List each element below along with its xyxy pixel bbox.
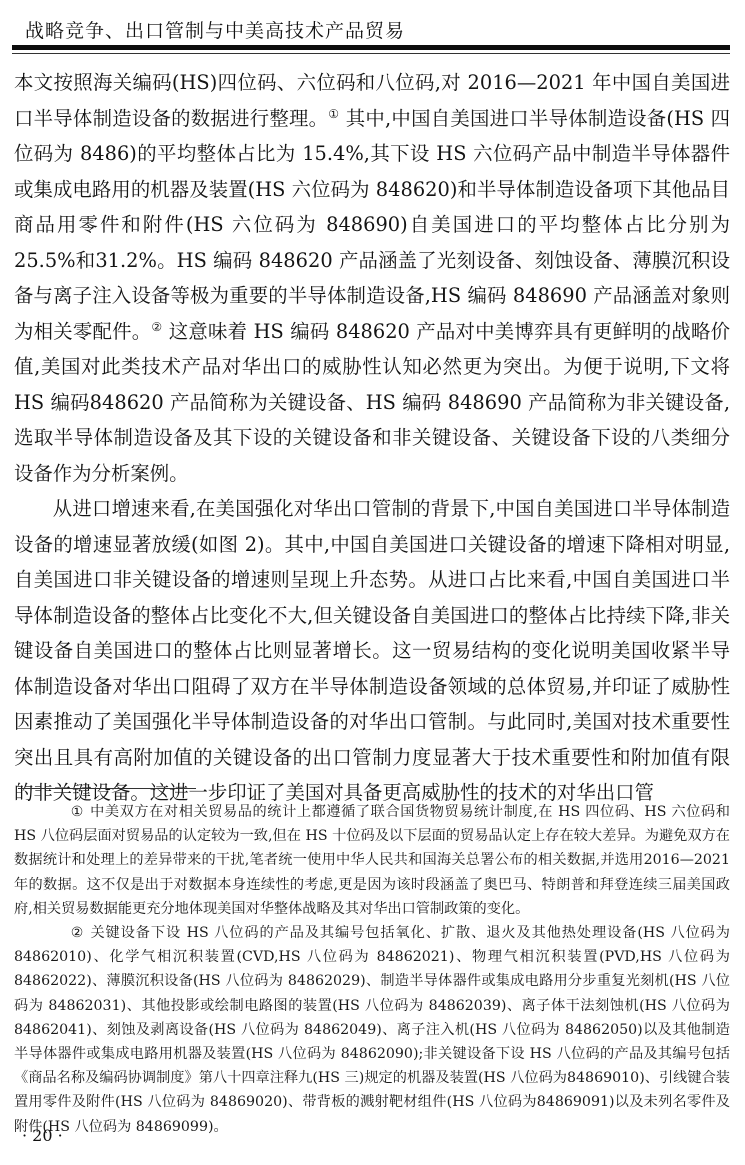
body-paragraph-2: 从进口增速来看,在美国强化对华出口管制的背景下,中国自美国进口半导体制造设备的增… xyxy=(14,491,730,811)
page-number: · 20 · xyxy=(22,1126,63,1145)
footnote-separator xyxy=(18,788,196,789)
footnote-ref-2[interactable]: ② xyxy=(151,320,162,334)
footnote-1-text: 中美双方在对相关贸易品的统计上都遵循了联合国货物贸易统计制度,在 HS 四位码、… xyxy=(14,804,730,917)
footnote-1-mark: ① xyxy=(42,800,83,824)
footnote-1: ①中美双方在对相关贸易品的统计上都遵循了联合国货物贸易统计制度,在 HS 四位码… xyxy=(14,800,730,921)
footnote-2: ②关键设备下设 HS 八位码的产品及其编号包括氧化、扩散、退火及其他热处理设备(… xyxy=(14,921,730,1139)
paragraph-1-segment-3: 这意味着 HS 编码 848620 产品对中美博弈具有更鲜明的战略价值,美国对此… xyxy=(14,320,730,485)
paragraph-1-segment-2: 其中,中国自美国进口半导体制造设备(HS 四位码为 8486)的平均整体占比为 … xyxy=(14,107,730,343)
header-rule-thick xyxy=(12,45,730,50)
header-rule-thin xyxy=(12,53,730,54)
running-header-title: 战略竞争、出口管制与中美高技术产品贸易 xyxy=(25,16,405,43)
footnote-2-mark: ② xyxy=(42,921,83,945)
body-text: 本文按照海关编码(HS)四位码、六位码和八位码,对 2016—2021 年中国自… xyxy=(14,65,730,811)
footnote-ref-1[interactable]: ① xyxy=(328,107,339,121)
body-paragraph-1: 本文按照海关编码(HS)四位码、六位码和八位码,对 2016—2021 年中国自… xyxy=(14,65,730,491)
footnote-2-text: 关键设备下设 HS 八位码的产品及其编号包括氧化、扩散、退火及其他热处理设备(H… xyxy=(14,925,730,1135)
footnotes: ①中美双方在对相关贸易品的统计上都遵循了联合国货物贸易统计制度,在 HS 四位码… xyxy=(14,800,730,1139)
document-page: 战略竞争、出口管制与中美高技术产品贸易 本文按照海关编码(HS)四位码、六位码和… xyxy=(0,0,745,1165)
